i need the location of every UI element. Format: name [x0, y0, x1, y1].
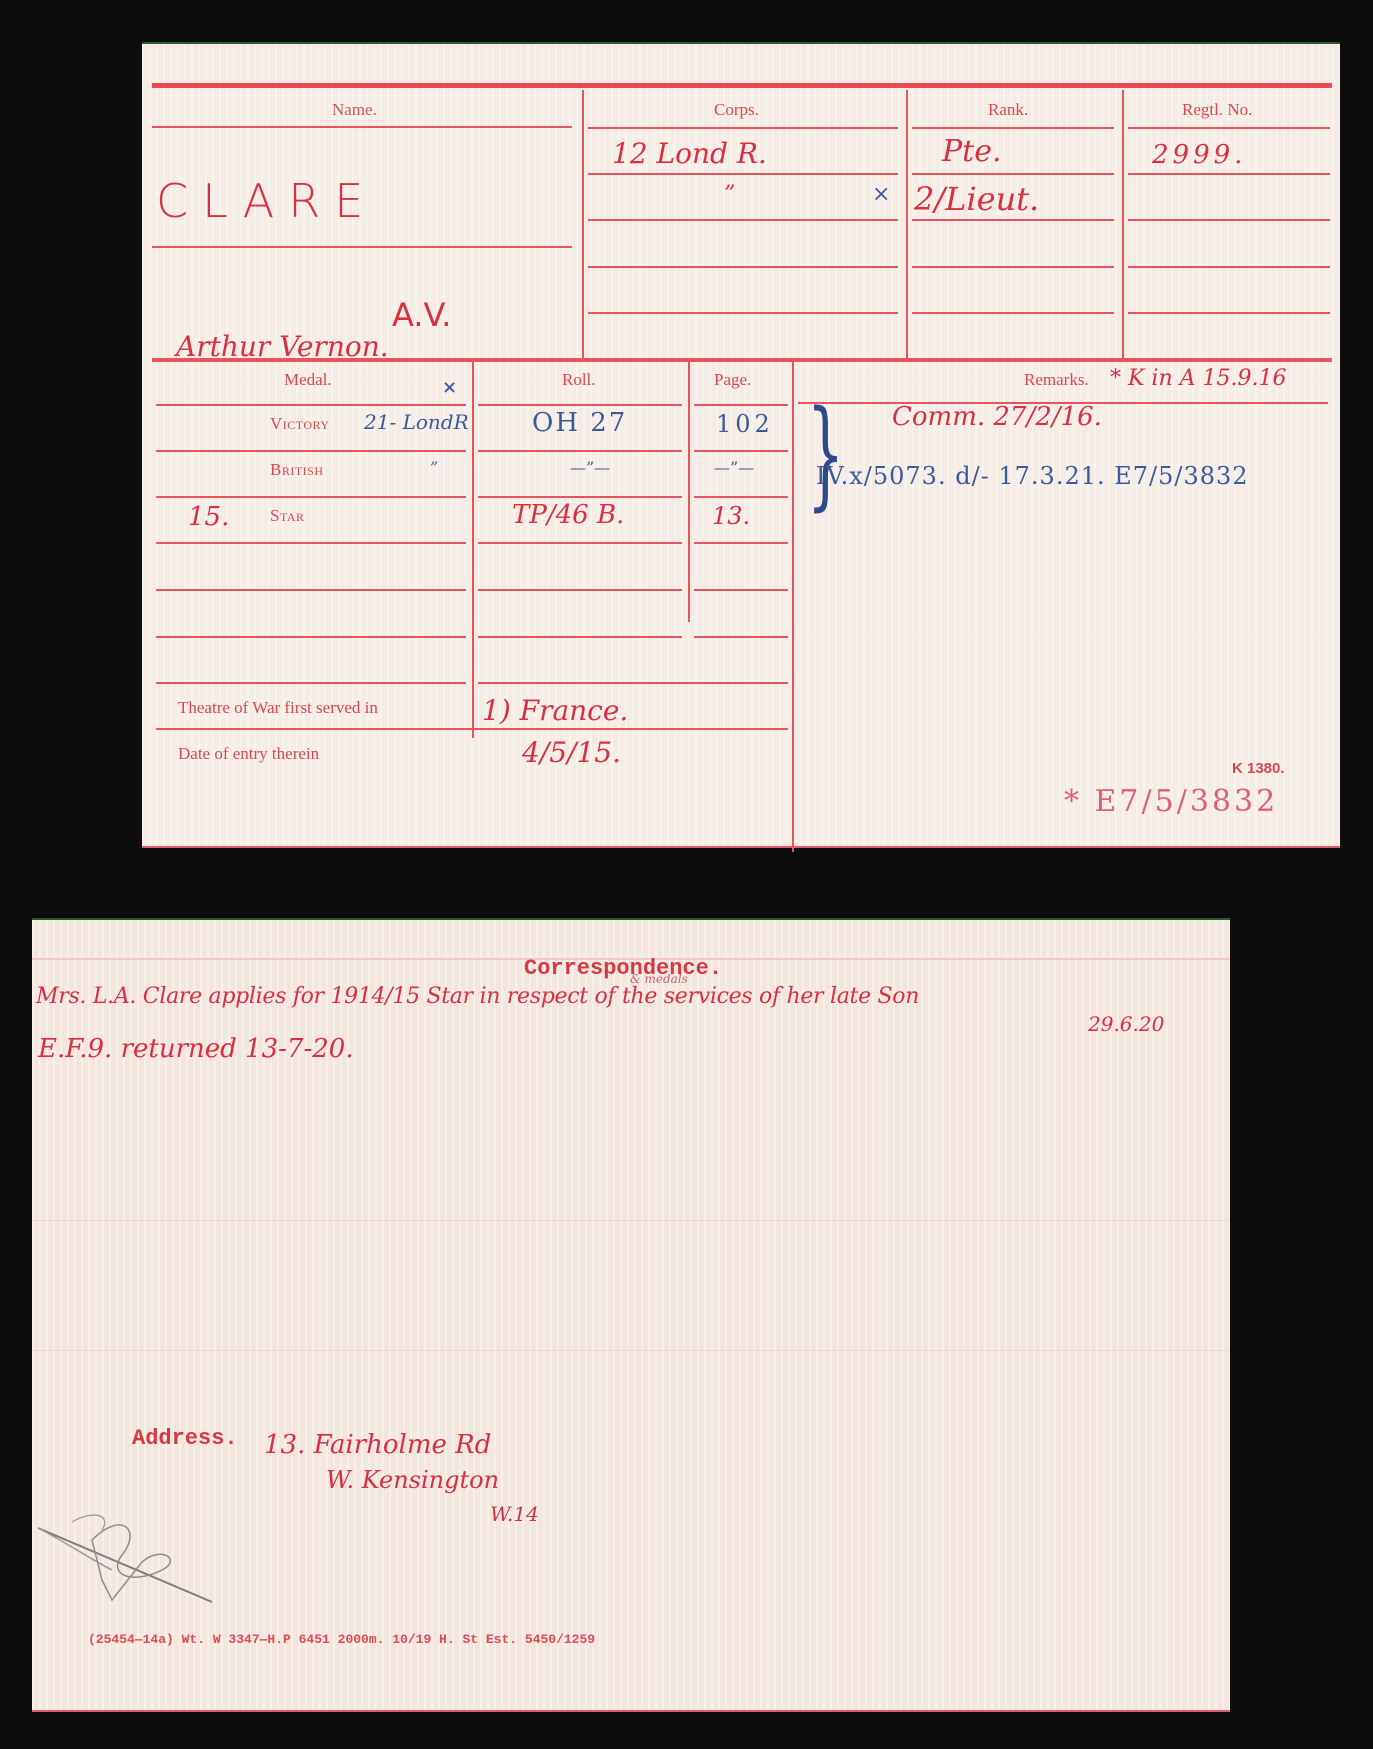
page-rule-1: [694, 404, 788, 406]
divider-name-corps: [582, 90, 584, 358]
theatre-label: Theatre of War first served in: [178, 698, 378, 718]
medal-rule-5: [156, 589, 466, 591]
rank-entry-2: 2/Lieut.: [914, 180, 1039, 218]
date-rule-bottom: [156, 728, 788, 730]
rank-rule-5: [912, 312, 1114, 314]
regtl-rule-4: [1128, 266, 1330, 268]
rank-entry-1: Pte.: [942, 134, 1002, 169]
top-rule: [152, 83, 1332, 88]
address-line-2: W. Kensington: [326, 1466, 499, 1494]
roll-rule-5: [478, 589, 682, 591]
pencil-initials-mark: [32, 1500, 232, 1610]
surname: CLARE: [156, 174, 377, 228]
divider-corps-rank: [906, 90, 908, 358]
form-code: K 1380.: [1232, 760, 1285, 777]
theatre-value: 1) France.: [482, 694, 628, 727]
medal-rule-1: [156, 404, 466, 406]
rank-rule-1: [912, 127, 1114, 129]
page-rule-4: [694, 542, 788, 544]
date-entry-value: 4/5/15.: [522, 736, 621, 769]
medal-prefix-15: 15.: [188, 502, 229, 532]
name-rule-2: [152, 246, 572, 248]
theatre-rule-bottom: [156, 682, 466, 684]
medal-rule-6: [156, 636, 466, 638]
address-line-3: W.14: [490, 1502, 539, 1526]
corps-rule-1: [588, 127, 898, 129]
faint-rule-3: [32, 1350, 1230, 1351]
remarks-header-note: * K in A 15.9.16: [1110, 366, 1286, 391]
roll-rule-2: [478, 450, 682, 452]
medal-note-british-ditto: ”: [430, 458, 438, 477]
corps-rule-5: [588, 312, 898, 314]
regtl-rule-2: [1128, 173, 1330, 175]
page-rule-3: [694, 496, 788, 498]
page-star: 13.: [712, 502, 750, 530]
medal-rule-2: [156, 450, 466, 452]
header-medal: Medal.: [284, 370, 332, 390]
medal-name-star: Star: [270, 506, 305, 526]
rank-rule-2: [912, 173, 1114, 175]
medal-index-card-back: Correspondence. & medals Mrs. L.A. Clare…: [32, 918, 1230, 1712]
corps-rule-3: [588, 219, 898, 221]
header-regtl-no: Regtl. No.: [1182, 100, 1252, 120]
footer-reference: * E7/5/3832: [1064, 784, 1278, 819]
printer-imprint: (25454—14a) Wt. W 3347—H.P 6451 2000m. 1…: [88, 1632, 595, 1647]
remarks-line-commission: Comm. 27/2/16.: [892, 402, 1102, 432]
medal-index-card-front: Name. Corps. Rank. Regtl. No. CLARE A.V.…: [142, 42, 1340, 848]
page-rule-5: [694, 589, 788, 591]
theatre-value-rule-bottom: [478, 682, 788, 684]
header-corps: Corps.: [714, 100, 759, 120]
correspondence-line-1-date: 29.6.20: [1088, 1012, 1164, 1036]
correspondence-line-2: E.F.9. returned 13-7-20.: [38, 1034, 354, 1064]
medal-name-victory: Victory: [270, 414, 330, 434]
roll-victory: OH 27: [532, 408, 627, 438]
header-roll: Roll.: [562, 370, 596, 390]
correspondence-line-1: Mrs. L.A. Clare applies for 1914/15 Star…: [36, 984, 919, 1009]
roll-rule-6: [478, 636, 682, 638]
roll-rule-3: [478, 496, 682, 498]
rank-rule-4: [912, 266, 1114, 268]
page-victory: 102: [716, 410, 774, 438]
regtl-rule-5: [1128, 312, 1330, 314]
regtl-rule-3: [1128, 219, 1330, 221]
regtl-rule-1: [1128, 127, 1330, 129]
grouping-brace: }: [807, 394, 845, 512]
medal-name-british: British: [270, 460, 324, 480]
corps-entry-2-ditto: ”: [724, 182, 735, 207]
divider-rank-regtl: [1122, 90, 1124, 358]
address-label: Address.: [132, 1426, 238, 1451]
header-page: Page.: [714, 370, 751, 390]
address-line-1: 13. Fairholme Rd: [264, 1430, 491, 1460]
page-british-ditto: —”—: [714, 458, 754, 477]
divider-page-remarks: [792, 362, 794, 852]
initials: A.V.: [392, 296, 451, 334]
rank-rule-3: [912, 219, 1114, 221]
page-rule-2: [694, 450, 788, 452]
name-medal-separator: [152, 358, 1332, 362]
roll-rule-4: [478, 542, 682, 544]
medal-note-victory: 21- LondR: [364, 410, 469, 434]
corps-rule-2: [588, 173, 898, 175]
faint-rule-2: [32, 1220, 1230, 1221]
roll-rule-1: [478, 404, 682, 406]
corps-entry-1: 12 Lond R.: [612, 137, 767, 170]
divider-medal-roll: [472, 362, 474, 738]
corps-rule-4: [588, 266, 898, 268]
roll-british-ditto: —”—: [570, 458, 610, 477]
regtl-no-entry-1: 2999.: [1152, 140, 1246, 170]
page-rule-6: [694, 636, 788, 638]
header-rank: Rank.: [988, 100, 1028, 120]
correspondence-title: Correspondence.: [524, 956, 722, 981]
remarks-line-reference: IV.x/5073. d/- 17.3.21. E7/5/3832: [816, 462, 1249, 490]
date-entry-label: Date of entry therein: [178, 744, 319, 764]
name-rule-1: [152, 126, 572, 128]
corps-cross-marker: ×: [872, 182, 890, 207]
medal-rule-4: [156, 542, 466, 544]
roll-star: TP/46 B.: [512, 500, 624, 530]
header-remarks: Remarks.: [1024, 370, 1089, 390]
medal-rule-3: [156, 496, 466, 498]
header-name: Name.: [332, 100, 377, 120]
divider-roll-page: [688, 362, 690, 622]
medal-cross-marker: ×: [442, 377, 457, 398]
